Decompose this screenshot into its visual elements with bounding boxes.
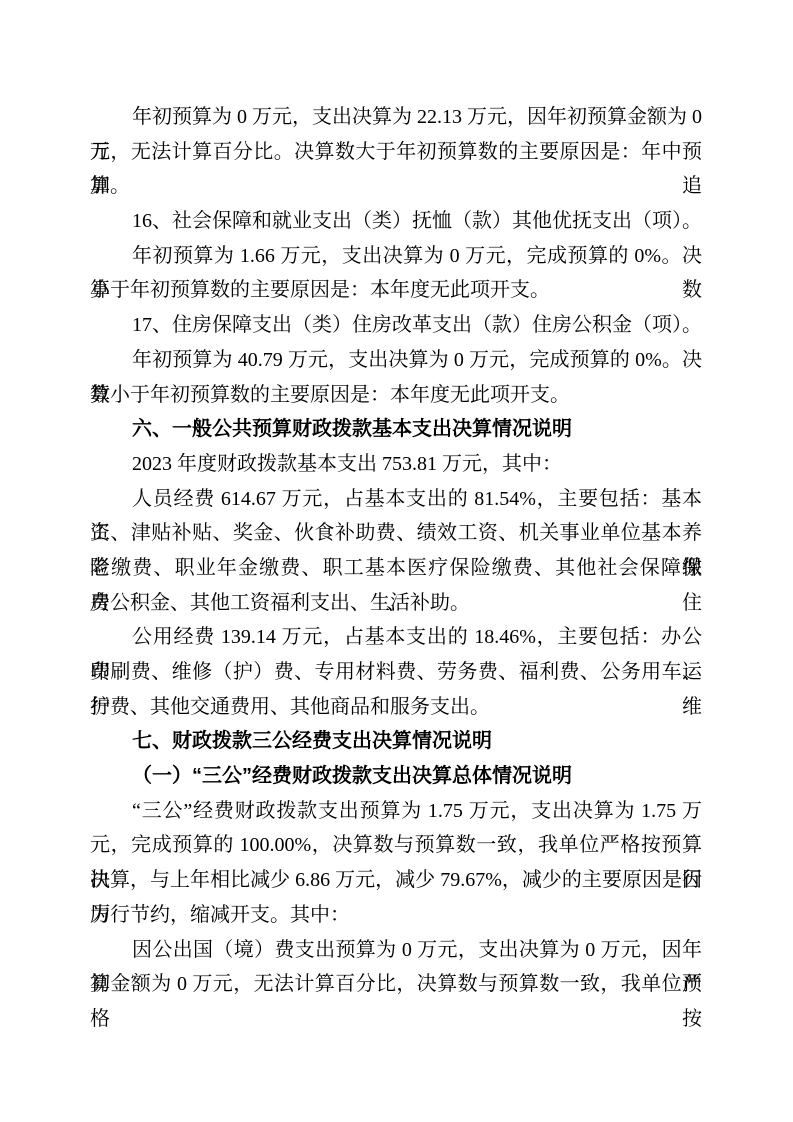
paragraph-line: 印刷费、维修（护）费、专用材料费、劳务费、福利费、公务用车运行维 bbox=[90, 655, 702, 690]
paragraph-line: 人员经费 614.67 万元，占基本支出的 81.54%，主要包括：基本工 bbox=[90, 482, 702, 517]
paragraph-line: 16、社会保障和就业支出（类）抚恤（款）其他优抚支出（项）。 bbox=[90, 204, 702, 239]
paragraph-line: 数小于年初预算数的主要原因是：本年度无此项开支。 bbox=[90, 378, 702, 413]
paragraph-line: 公用经费 139.14 万元，占基本支出的 18.46%，主要包括：办公费、 bbox=[90, 620, 702, 655]
paragraph-line: 因公出国（境）费支出预算为 0 万元，支出决算为 0 万元，因年初预 bbox=[90, 933, 702, 968]
section-heading: 七、财政拨款三公经费支出决算情况说明 bbox=[90, 724, 702, 759]
paragraph-line: 2023 年度财政拨款基本支出 753.81 万元，其中： bbox=[90, 447, 702, 482]
paragraph-line: 年初预算为 1.66 万元，支出决算为 0 万元，完成预算的 0%。决算数 bbox=[90, 239, 702, 274]
paragraph-line: 年初预算为 0 万元，支出决算为 22.13 万元，因年初预算金额为 0 万 bbox=[90, 100, 702, 135]
document-text: 年初预算为 0 万元，支出决算为 22.13 万元，因年初预算金额为 0 万元，… bbox=[90, 100, 702, 1002]
paragraph-line: “三公”经费财政拨款支出预算为 1.75 万元，支出决算为 1.75 万 bbox=[90, 794, 702, 829]
paragraph-line: 元，无法计算百分比。决算数大于年初预算数的主要原因是：年中预算追 bbox=[90, 135, 702, 170]
paragraph-line: 算金额为 0 万元，无法计算百分比，决算数与预算数一致，我单位严格按 bbox=[90, 967, 702, 1002]
paragraph-line: 年初预算为 40.79 万元，支出决算为 0 万元，完成预算的 0%。决算 bbox=[90, 343, 702, 378]
paragraph-line: 险缴费、职业年金缴费、职工基本医疗保险缴费、其他社会保障缴费、住 bbox=[90, 551, 702, 586]
section-heading: （一）“三公”经费财政拨款支出决算总体情况说明 bbox=[90, 759, 702, 794]
section-heading: 六、一般公共预算财政拨款基本支出决算情况说明 bbox=[90, 412, 702, 447]
paragraph-line: 元，完成预算的 100.00%，决算数与预算数一致，我单位严格按预算执行 bbox=[90, 828, 702, 863]
paragraph-line: 资、津贴补贴、奖金、伙食补助费、绩效工资、机关事业单位基本养老保 bbox=[90, 516, 702, 551]
document-page: 年初预算为 0 万元，支出决算为 22.13 万元，因年初预算金额为 0 万元，… bbox=[0, 0, 793, 1122]
paragraph-line: 17、住房保障支出（类）住房改革支出（款）住房公积金（项）。 bbox=[90, 308, 702, 343]
paragraph-line: 决算，与上年相比减少 6.86 万元，减少 79.67%，减少的主要原因是因为 bbox=[90, 863, 702, 898]
paragraph-line: 厉行节约，缩减开支。其中： bbox=[90, 898, 702, 933]
